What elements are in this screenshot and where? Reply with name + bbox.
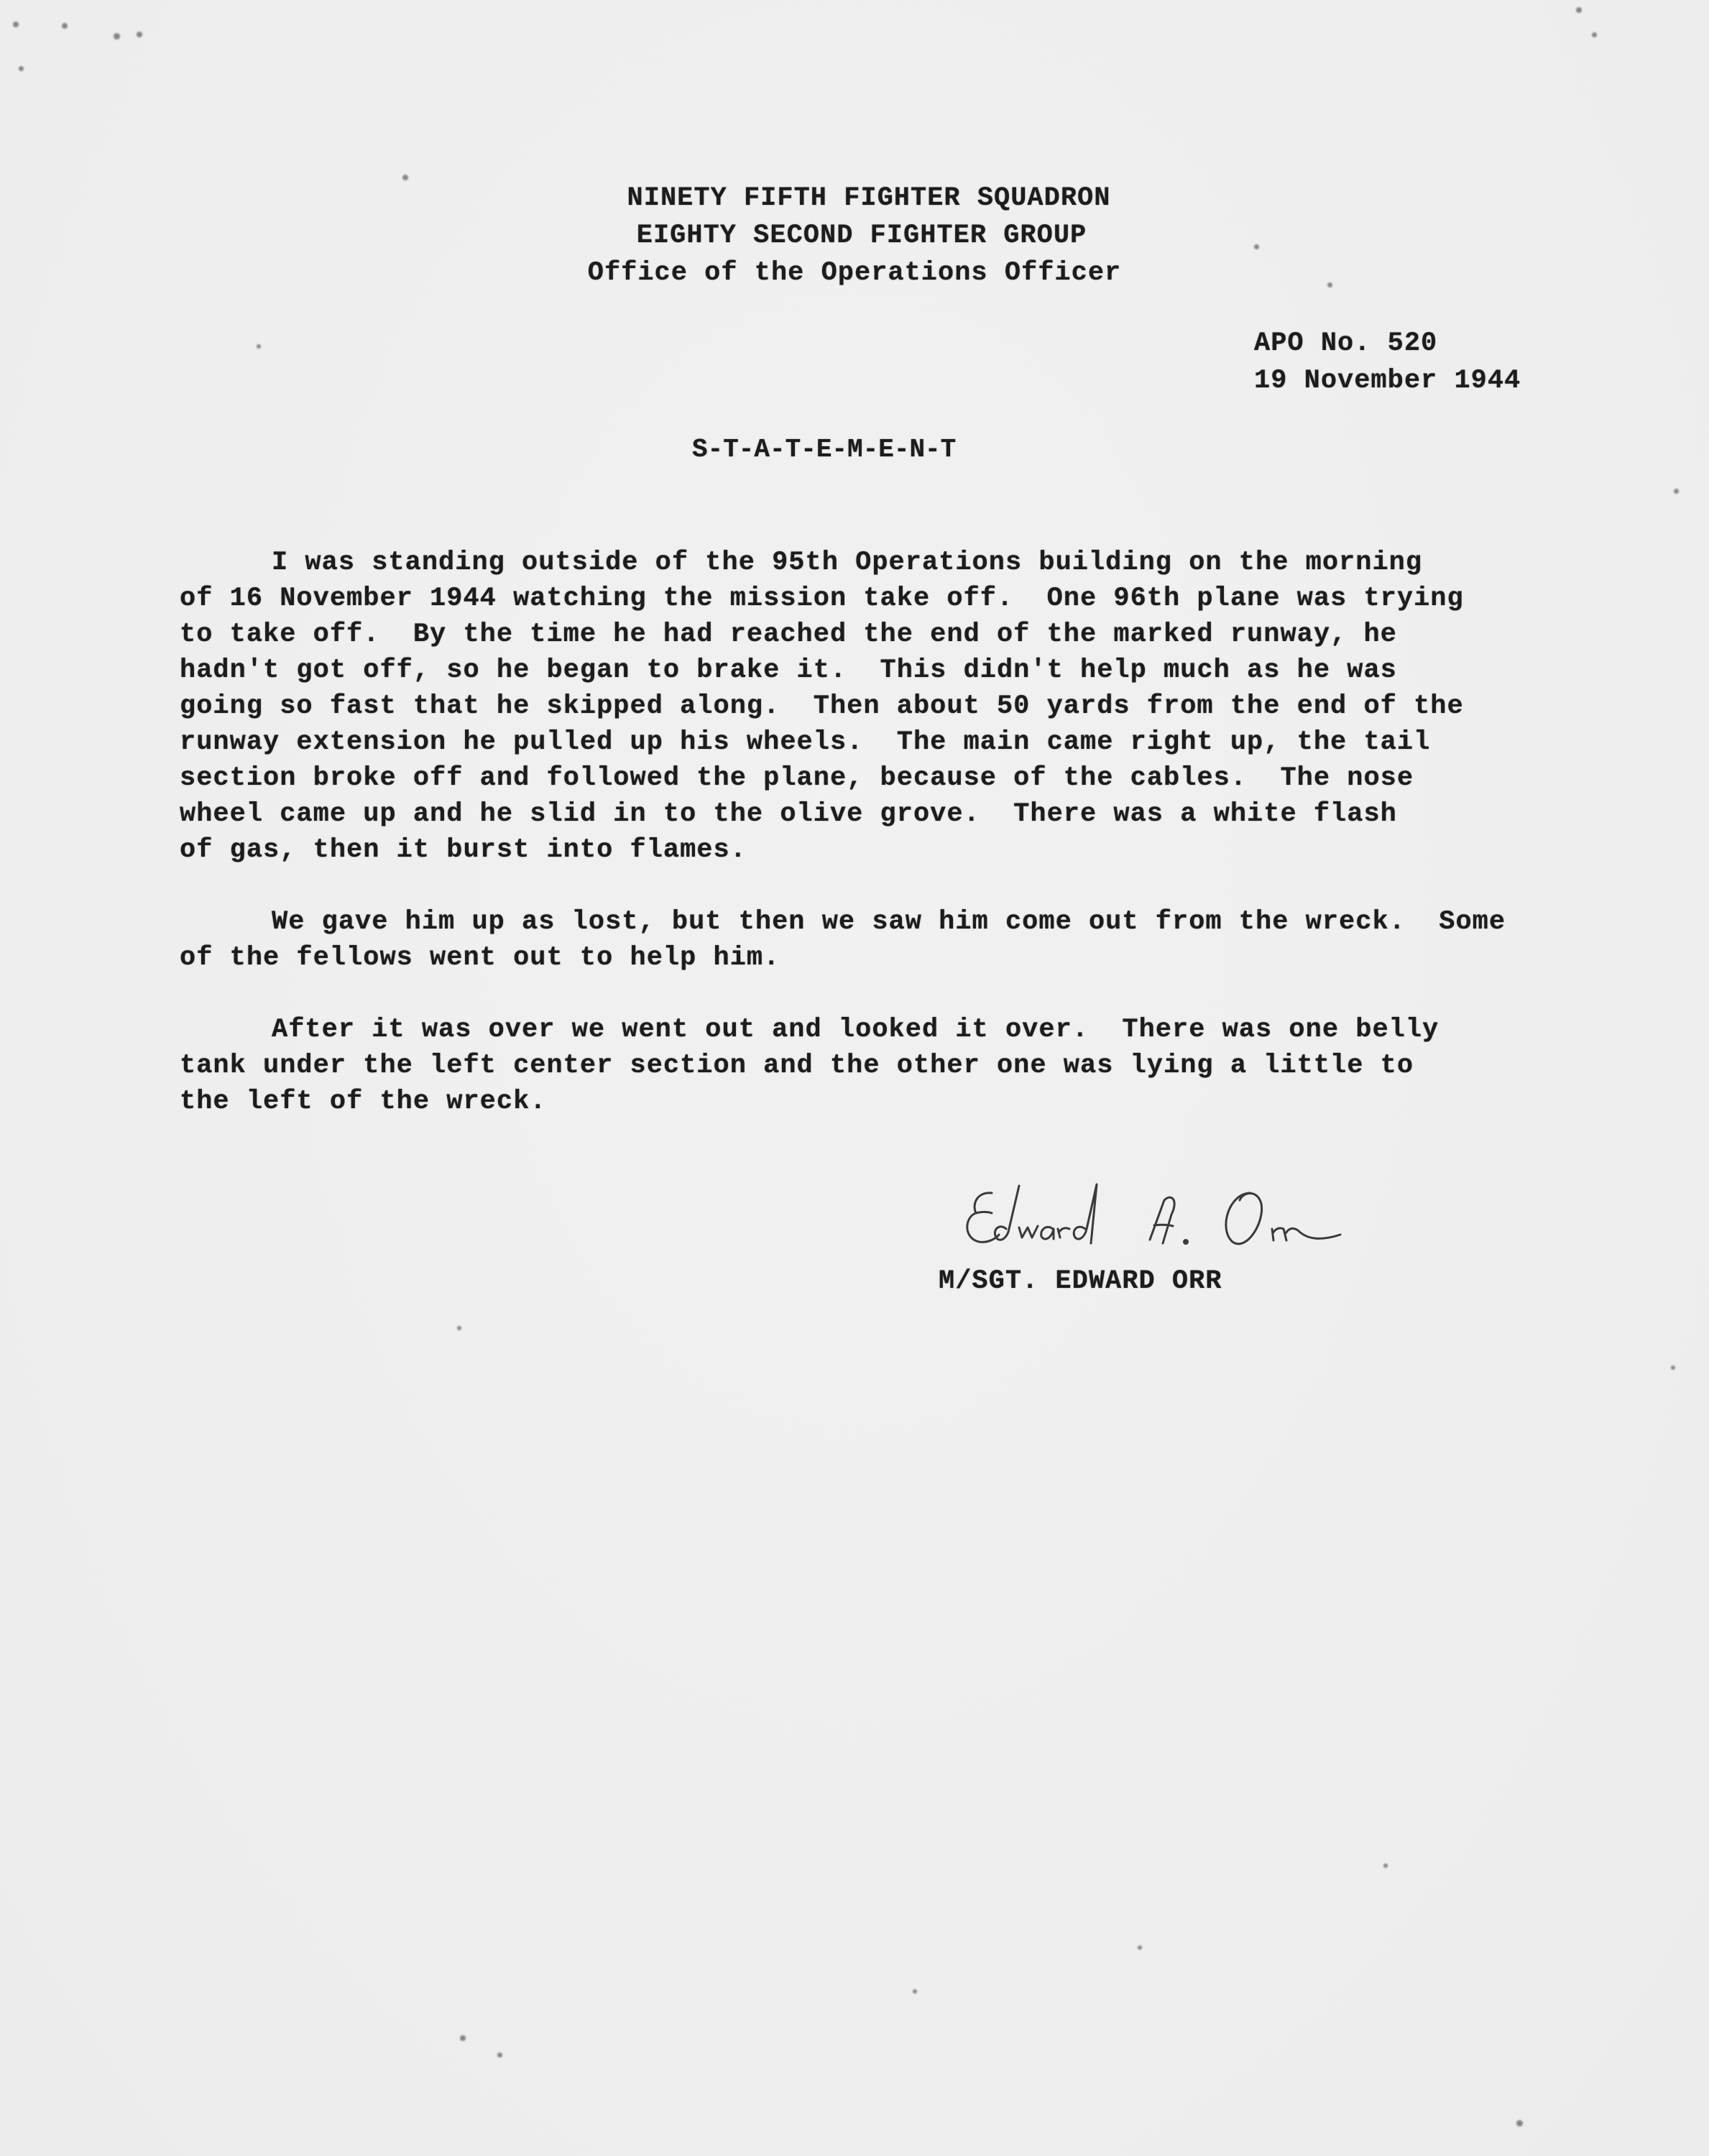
paragraph-3: After it was over we went out and looked… [180,1012,1617,1120]
letterhead-squadron: NINETY FIFTH FIGHTER SQUADRON [29,180,1709,217]
body-line: to take off. By the time he had reached … [180,617,1617,653]
scan-speck [19,66,24,71]
document-page: NINETY FIFTH FIGHTER SQUADRON EIGHTY SEC… [0,0,1709,2156]
scan-speck [1576,7,1582,13]
letterhead-office: Office of the Operations Officer [0,254,1709,292]
apo-number: APO No. 520 [1254,325,1521,362]
scan-speck [257,344,261,349]
body-line: wheel came up and he slid in to the oliv… [180,796,1617,832]
scan-speck [457,1326,461,1330]
letterhead-group: EIGHTY SECOND FIGHTER GROUP [14,217,1709,254]
body-line: section broke off and followed the plane… [180,760,1617,796]
signer-name: M/SGT. EDWARD ORR [939,1266,1222,1296]
body-line: hadn't got off, so he began to brake it.… [180,653,1617,688]
document-title: S-T-A-T-E-M-E-N-T [692,435,956,464]
scan-speck [62,23,68,29]
scan-speck [1383,1864,1388,1868]
signature-block: M/SGT. EDWARD ORR [934,1171,1437,1315]
body-line: of gas, then it burst into flames. [180,832,1617,868]
statement-body: I was standing outside of the 95th Opera… [180,545,1617,1120]
body-line: of 16 November 1944 watching the mission… [180,581,1617,617]
body-line: going so fast that he skipped along. The… [180,688,1617,724]
body-line: the left of the wreck. [180,1084,1617,1120]
document-date: 19 November 1944 [1254,362,1521,400]
date-block: APO No. 520 19 November 1944 [1254,325,1521,400]
scan-speck [1674,489,1679,494]
scan-speck [460,2035,466,2041]
paragraph-2: We gave him up as lost, but then we saw … [180,904,1617,976]
scan-speck [137,32,142,37]
body-line: I was standing outside of the 95th Opera… [180,545,1617,581]
scan-speck [913,1989,917,1994]
scan-speck [1671,1365,1675,1370]
paragraph-1: I was standing outside of the 95th Opera… [180,545,1617,868]
handwritten-signature [934,1171,1437,1265]
scan-speck [114,33,120,40]
body-line: tank under the left center section and t… [180,1048,1617,1084]
body-line: runway extension he pulled up his wheels… [180,724,1617,760]
scan-speck [1592,32,1597,37]
scan-speck [1138,1945,1142,1950]
body-line: We gave him up as lost, but then we saw … [180,904,1617,940]
scan-speck [1516,2120,1523,2127]
letterhead: NINETY FIFTH FIGHTER SQUADRON EIGHTY SEC… [0,180,1709,292]
body-line: After it was over we went out and looked… [180,1012,1617,1048]
body-line: of the fellows went out to help him. [180,940,1617,976]
scan-speck [497,2053,502,2058]
scan-speck [13,22,19,27]
